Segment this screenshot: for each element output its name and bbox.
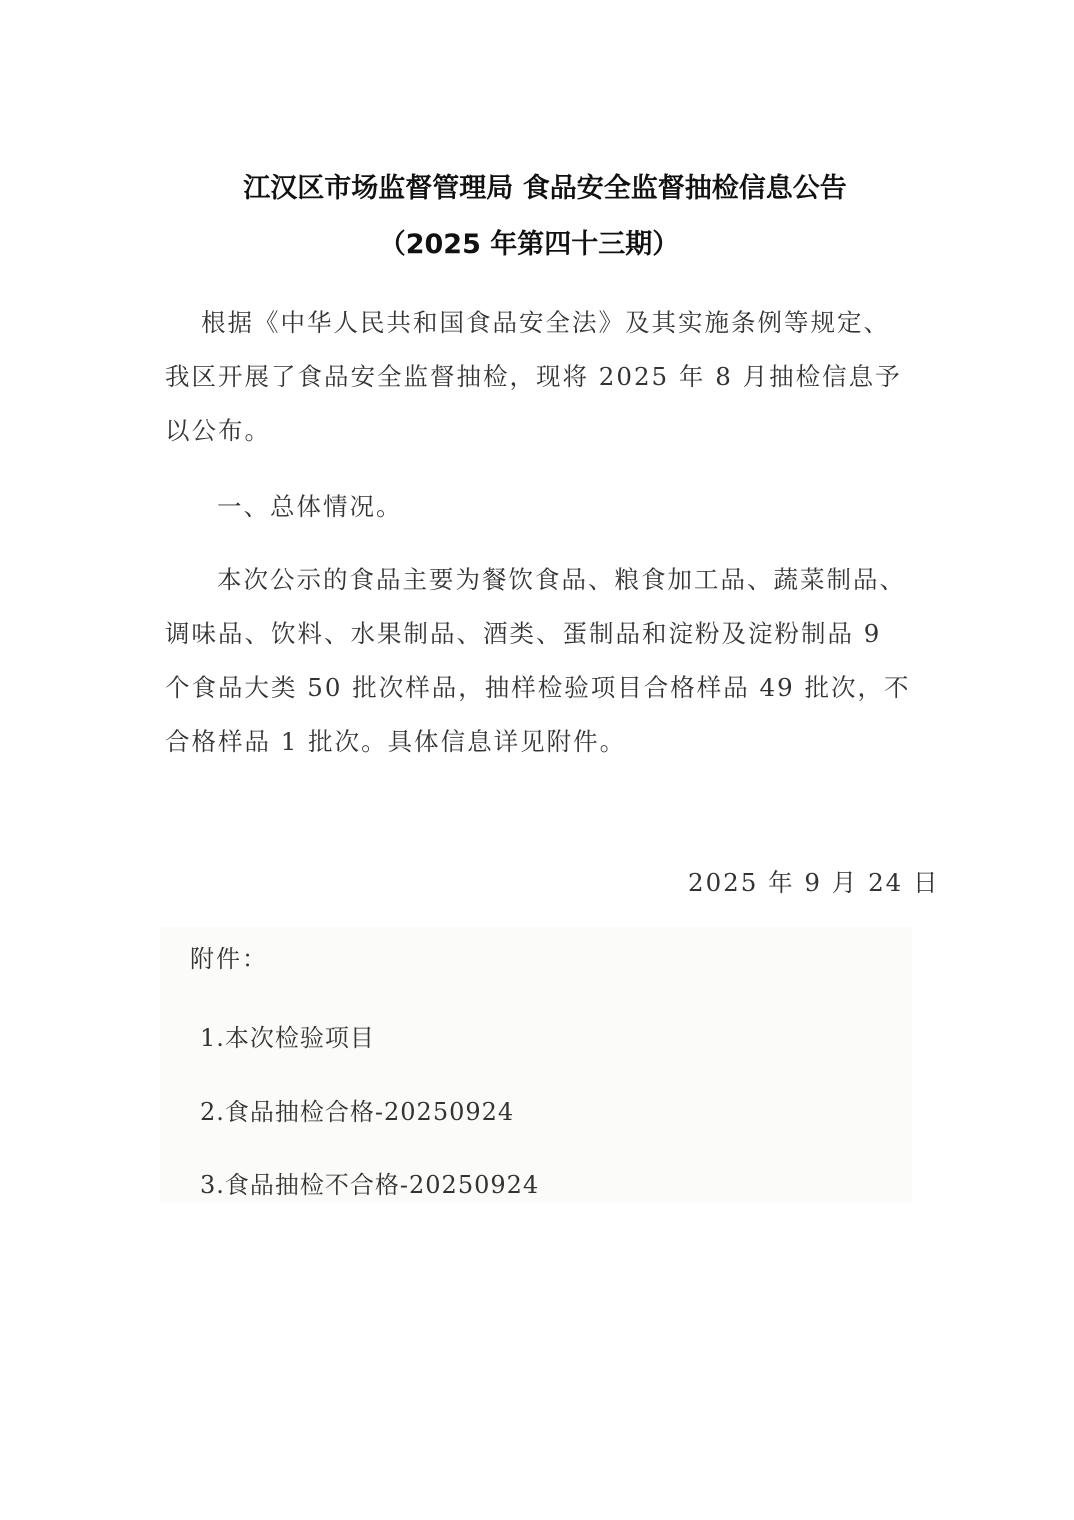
publish-date: 2025 年 9 月 24 日: [688, 856, 940, 910]
attachment-link-inspection-items[interactable]: 1.本次检验项目: [200, 1014, 375, 1062]
attachment-link-qualified[interactable]: 2.食品抽检合格-20250924: [200, 1088, 514, 1136]
document-page: 江汉区市场监督管理局 食品安全监督抽检信息公告 （2025 年第四十三期） 根据…: [0, 0, 1074, 1520]
attachment-link-unqualified[interactable]: 3.食品抽检不合格-20250924: [200, 1161, 539, 1209]
document-title: 江汉区市场监督管理局 食品安全监督抽检信息公告: [8, 166, 1074, 205]
section-heading-overview: 一、总体情况。: [165, 480, 915, 534]
document-issue-subtitle: （2025 年第四十三期）: [0, 222, 1066, 261]
attachments-section: 附件： 1.本次检验项目 2.食品抽检合格-20250924 3.食品抽检不合格…: [160, 927, 912, 1203]
overview-paragraph: 本次公示的食品主要为餐饮食品、粮食加工品、蔬菜制品、调味品、饮料、水果制品、酒类…: [165, 553, 915, 769]
intro-paragraph: 根据《中华人民共和国食品安全法》及其实施条例等规定、我区开展了食品安全监督抽检，…: [165, 296, 915, 458]
attachments-label: 附件：: [190, 935, 268, 983]
